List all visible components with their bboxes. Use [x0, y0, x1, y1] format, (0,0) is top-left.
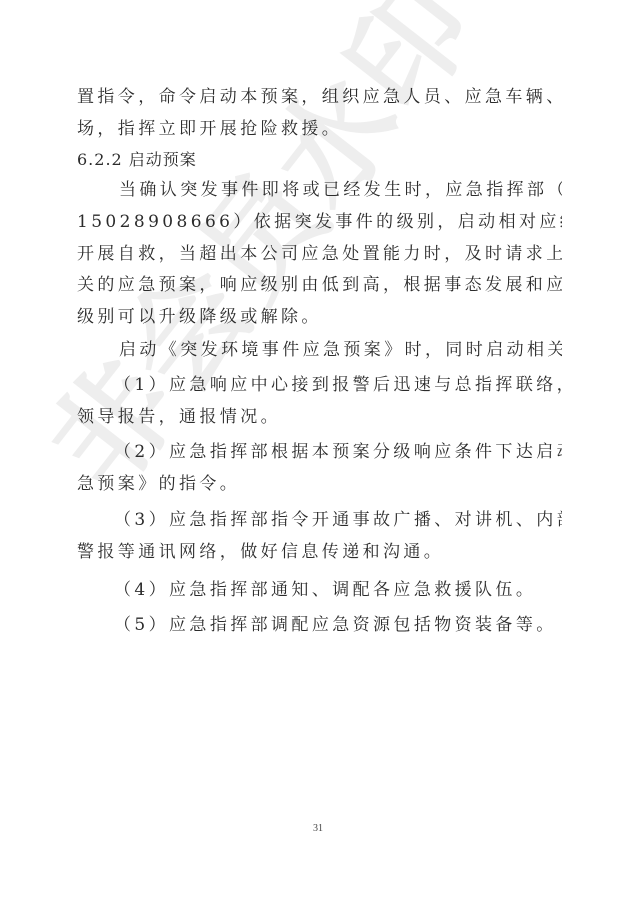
section-heading: 6.2.2 启动预案 [77, 148, 562, 172]
list-item-line: （5）应急指挥部调配应急资源包括物资装备等。 [114, 613, 562, 637]
page-number: 31 [306, 823, 330, 834]
list-item-line: （4）应急指挥部通知、调配各应急救援队伍。 [114, 578, 562, 602]
paragraph-line: 15028908666）依据突发事件的级别，启动相对应级别的预案。由公司先行 [77, 210, 562, 234]
list-item-line: 急预案》的指令。 [77, 472, 562, 496]
paragraph-line: 启动《突发环境事件应急预案》时，同时启动相关应急预案。 [119, 338, 562, 362]
list-item-line: （2）应急指挥部根据本预案分级响应条件下达启动《突发环境事件应 [114, 440, 562, 464]
paragraph-line: 开展自救，当超出本公司应急处置能力时，及时请求上一级部门，启动相 [77, 242, 562, 266]
list-item-line: 警报等通讯网络，做好信息传递和沟通。 [77, 540, 562, 564]
paragraph-line: 级别可以升级降级或解除。 [77, 305, 562, 329]
paragraph-line: 当确认突发事件即将或已经发生时，应急指挥部（总指挥曹高锋， [119, 178, 562, 202]
list-item-line: （1）应急响应中心接到报警后迅速与总指挥联络，向公司应急指挥部 [114, 373, 562, 397]
body-line: 场，指挥立即开展抢险救援。 [77, 117, 562, 141]
document-page: 非会员水印 置指令，命令启动本预案，组织应急人员、应急车辆、应急物质、赶赴现 场… [0, 0, 636, 900]
body-line: 置指令，命令启动本预案，组织应急人员、应急车辆、应急物质、赶赴现 [77, 85, 562, 109]
list-item-line: （3）应急指挥部指令开通事故广播、对讲机、内部电话、手机、公司 [114, 508, 562, 532]
list-item-line: 领导报告，通报情况。 [77, 405, 562, 429]
paragraph-line: 关的应急预案，响应级别由低到高，根据事态发展和应急处置效果，响应 [77, 273, 562, 297]
